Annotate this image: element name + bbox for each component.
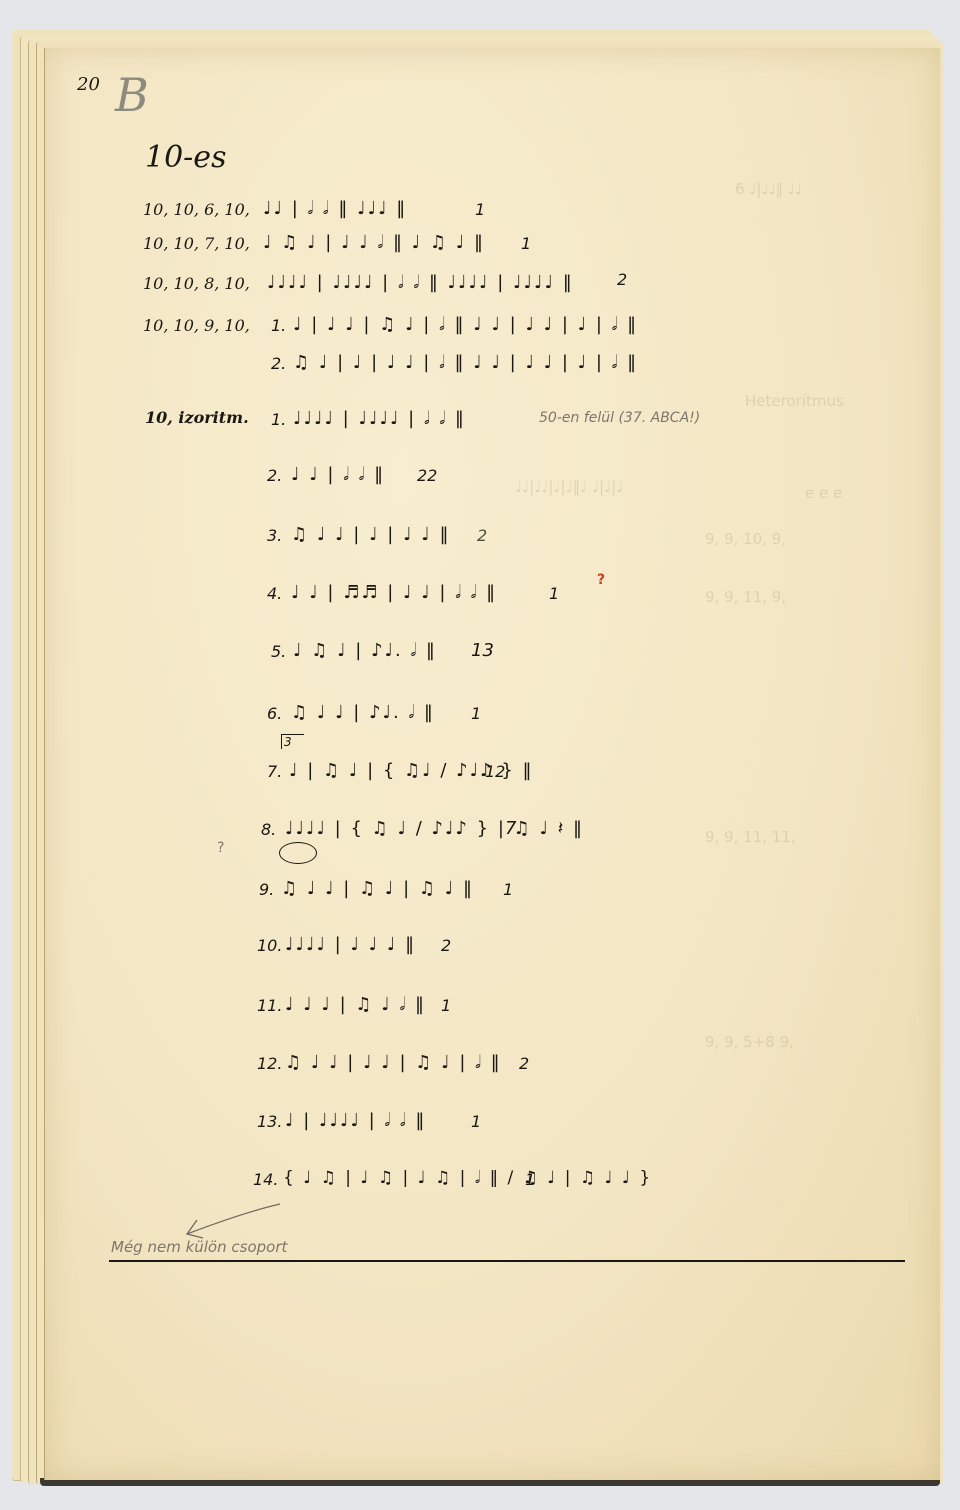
occurrence-count: 22 — [417, 466, 437, 485]
rhythm-pattern: ♫ ♩ ♩ | ♫ ♩ | ♫ ♩ ‖ — [281, 878, 474, 899]
variant-row: 8. ♩♩♩♩ | { ♫ ♩ / ♪♩♪ } | ♫ ♩ 𝄽 ‖ 7 ? — [261, 820, 276, 839]
syllable-group-row: 10, 10, 7, 10, ♩ ♫ ♩ | ♩ ♩ 𝅗𝅥 ‖ ♩ ♫ ♩ ‖ … — [143, 234, 250, 253]
bleed-through-text: 9, 9, 11, 9, — [705, 588, 786, 606]
syllable-label: 10, 10, 7, 10, — [143, 234, 250, 253]
occurrence-count: 1 — [503, 880, 513, 899]
variant-number: 2. — [267, 466, 282, 485]
variant-row: 2. ♫ ♩ | ♩ | ♩ ♩ | 𝅗𝅥 ‖ ♩ ♩ | ♩ ♩ | ♩ | … — [271, 354, 286, 373]
variant-row: 9. ♫ ♩ ♩ | ♫ ♩ | ♫ ♩ ‖ 1 — [259, 880, 274, 899]
variant-number: 9. — [259, 880, 274, 899]
variant-row: 4. ♩ ♩ | ♬♬ | ♩ ♩ | 𝅗𝅥 𝅗𝅥 ‖ 1 ? — [267, 584, 282, 603]
variant-row: 3. ♫ ♩ ♩ | ♩ | ♩ ♩ ‖ 2 — [267, 526, 282, 545]
variant-number: 7. — [267, 762, 282, 781]
variant-number: 11. — [257, 996, 282, 1015]
tuplet-marker: 3 — [281, 734, 304, 749]
red-question-mark: ? — [597, 572, 605, 588]
rhythm-pattern: ♩♩♩♩ | ♩ ♩ ♩ ‖ — [285, 934, 416, 955]
bleed-through-text: 6 ♩|♩♩‖ ♩♩ — [735, 180, 802, 198]
variant-number: 10. — [257, 936, 282, 955]
rhythm-pattern: ♩ | ♩♩♩♩ | 𝅗𝅥 𝅗𝅥 ‖ — [285, 1110, 426, 1131]
variant-number: 14. — [253, 1170, 278, 1189]
annotation-note: 50-en felül (37. ABCA!) — [539, 410, 700, 426]
variant-number: 8. — [261, 820, 276, 839]
variant-row: 5. ♩ ♫ ♩ | ♪♩. 𝅗𝅥 ‖ 13 — [271, 642, 286, 661]
syllable-group-row: 10, 10, 9, 10, 1. ♩ | ♩ ♩ | ♫ ♩ | 𝅗𝅥 ‖ ♩… — [143, 316, 250, 335]
occurrence-count: 2 — [441, 936, 451, 955]
occurrence-count: 12 — [485, 762, 505, 781]
variant-number: 12. — [257, 1054, 282, 1073]
variant-number: 3. — [267, 526, 282, 545]
rhythm-pattern: ♩♩ | 𝅗𝅥 𝅗𝅥 ‖ ♩♩♩ ‖ — [263, 198, 407, 219]
occurrence-count: 2 — [519, 1054, 529, 1073]
variant-row: 6. ♫ ♩ ♩ | ♪♩. 𝅗𝅥 ‖ 1 — [267, 704, 282, 723]
variant-number: 5. — [271, 642, 286, 661]
syllable-group-row: 10, 10, 6, 10, ♩♩ | 𝅗𝅥 𝅗𝅥 ‖ ♩♩♩ ‖ 1 — [143, 200, 250, 219]
bleed-through-text: Heterorítmus — [745, 392, 844, 410]
manuscript-page: 6 ♩|♩♩‖ ♩♩ Heterorítmus ♩♩|♩♩|♩|♩‖♩ ♩|♩|… — [44, 48, 940, 1480]
variant-row: 12. ♫ ♩ ♩ | ♩ ♩ | ♫ ♩ | 𝅗𝅥 ‖ 2 — [257, 1054, 282, 1073]
footer-note: Még nem külön csoport — [111, 1238, 287, 1256]
variant-row: 13. ♩ | ♩♩♩♩ | 𝅗𝅥 𝅗𝅥 ‖ 1 — [257, 1112, 282, 1131]
rhythm-pattern: ♩♩♩♩ | ♩♩♩♩ | 𝅗𝅥 𝅗𝅥 ‖ ♩♩♩♩ | ♩♩♩♩ ‖ — [267, 272, 574, 293]
circled-notes — [279, 842, 317, 864]
occurrence-count: 1 — [441, 996, 451, 1015]
variant-number: 1. — [271, 316, 286, 335]
bleed-through-text: 9, 9, 10, 9, — [705, 530, 786, 548]
occurrence-count: 1 — [525, 1170, 535, 1189]
rhythm-pattern: ♩ | ♩ ♩ | ♫ ♩ | 𝅗𝅥 ‖ ♩ ♩ | ♩ ♩ | ♩ | 𝅗𝅥 … — [293, 314, 638, 335]
horizontal-rule — [109, 1260, 905, 1262]
variant-row: 3 7. ♩ | ♫ ♩ | { ♫♩ / ♪♩♪ } ‖ 12 — [267, 762, 282, 781]
rhythm-pattern: ♫ ♩ ♩ | ♪♩. 𝅗𝅥 ‖ — [291, 702, 435, 723]
variant-number: 4. — [267, 584, 282, 603]
bleed-through-text: 9, 9, 5+8 9, — [705, 1033, 794, 1051]
rhythm-pattern: ♩ ♩ ♩ | ♫ ♩ 𝅗𝅥 ‖ — [285, 994, 426, 1015]
occurrence-count: 1 — [521, 234, 531, 253]
syllable-label: 10, izoritm. — [145, 408, 249, 427]
occurrence-count: 1 — [475, 200, 485, 219]
occurrence-count: 2 — [477, 526, 487, 545]
occurrence-count: 1 — [471, 1112, 481, 1131]
variant-number: 1. — [271, 410, 286, 429]
rhythm-pattern: ♩ ♩ | 𝅗𝅥 𝅗𝅥 ‖ — [291, 464, 385, 485]
syllable-label: 10, 10, 6, 10, — [143, 200, 250, 219]
syllable-group-row: 10, izoritm. — [145, 408, 249, 427]
variant-row: 1. ♩♩♩♩ | ♩♩♩♩ | 𝅗𝅥 𝅗𝅥 ‖ 50-en felül (37… — [271, 410, 286, 429]
bleed-through-text: 9, 9, 11, 11, — [705, 828, 796, 846]
variant-row: 11. ♩ ♩ ♩ | ♫ ♩ 𝅗𝅥 ‖ 1 — [257, 996, 282, 1015]
bleed-through-text: e e e — [805, 484, 842, 502]
rhythm-pattern: ♫ ♩ ♩ | ♩ ♩ | ♫ ♩ | 𝅗𝅥 ‖ — [285, 1052, 502, 1073]
variant-row: 10. ♩♩♩♩ | ♩ ♩ ♩ ‖ 2 — [257, 936, 282, 955]
occurrence-count: 13 — [471, 640, 494, 661]
occurrence-count: 1 — [471, 704, 481, 723]
margin-question-mark: ? — [217, 840, 224, 856]
rhythm-pattern: ♩ ♫ ♩ | ♩ ♩ 𝅗𝅥 ‖ ♩ ♫ ♩ ‖ — [263, 232, 485, 253]
variant-row: 2. ♩ ♩ | 𝅗𝅥 𝅗𝅥 ‖ 22 — [267, 466, 282, 485]
rhythm-pattern: ♩♩♩♩ | ♩♩♩♩ | 𝅗𝅥 𝅗𝅥 ‖ — [293, 408, 466, 429]
syllable-label: 10, 10, 8, 10, — [143, 274, 250, 293]
occurrence-count: 7 — [505, 818, 516, 839]
rhythm-pattern: ♩♩♩♩ | { ♫ ♩ / ♪♩♪ } | ♫ ♩ 𝄽 ‖ — [285, 818, 584, 839]
occurrence-count: 1 — [549, 584, 559, 603]
syllable-label: 10, 10, 9, 10, — [143, 316, 250, 335]
rhythm-pattern: ♫ ♩ | ♩ | ♩ ♩ | 𝅗𝅥 ‖ ♩ ♩ | ♩ ♩ | ♩ | 𝅗𝅥 … — [293, 352, 638, 373]
page-heading: 10-es — [145, 140, 226, 175]
rhythm-pattern: ♩ ♩ | ♬♬ | ♩ ♩ | 𝅗𝅥 𝅗𝅥 ‖ — [291, 582, 497, 603]
variant-row: 14. { ♩ ♫ | ♩ ♫ | ♩ ♫ | 𝅗𝅥 ‖ / ♫ ♩ | ♫ ♩… — [253, 1170, 278, 1189]
variant-number: 13. — [257, 1112, 282, 1131]
rhythm-pattern: ♫ ♩ ♩ | ♩ | ♩ ♩ ‖ — [291, 524, 451, 545]
variant-number: 6. — [267, 704, 282, 723]
section-letter: B — [115, 68, 149, 122]
page-number: 20 — [77, 74, 100, 95]
occurrence-count: 2 — [617, 270, 627, 289]
rhythm-pattern: ♩ ♫ ♩ | ♪♩. 𝅗𝅥 ‖ — [293, 640, 437, 661]
variant-number: 2. — [271, 354, 286, 373]
syllable-group-row: 10, 10, 8, 10, ♩♩♩♩ | ♩♩♩♩ | 𝅗𝅥 𝅗𝅥 ‖ ♩♩♩… — [143, 274, 250, 293]
bleed-through-text: ♩♩|♩♩|♩|♩‖♩ ♩|♩|♩ — [515, 478, 623, 496]
rhythm-pattern: { ♩ ♫ | ♩ ♫ | ♩ ♫ | 𝅗𝅥 ‖ / ♫ ♩ | ♫ ♩ ♩ } — [283, 1168, 652, 1188]
